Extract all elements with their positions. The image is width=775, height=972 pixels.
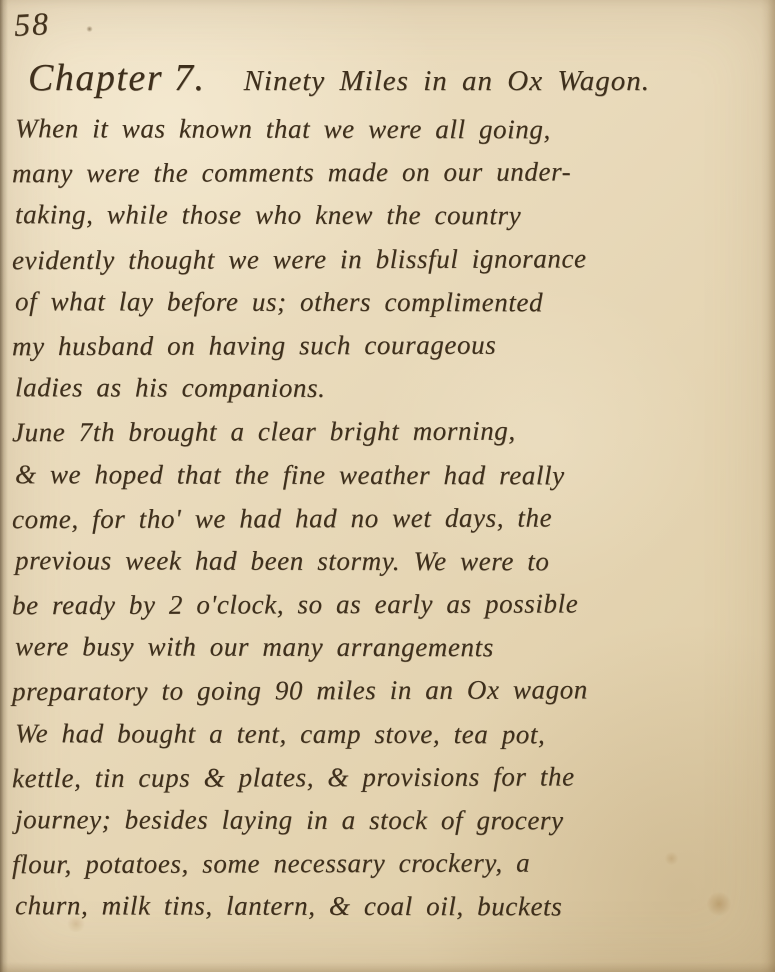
page-number: 58 (13, 5, 51, 44)
manuscript-line: When it was known that we were all going… (15, 107, 771, 152)
binding-edge-left (0, 0, 8, 972)
manuscript-line: come, for tho' we had had no wet days, t… (12, 495, 771, 541)
page-edge-bottom (0, 962, 775, 972)
manuscript-text: Chapter 7. Ninety Miles in an Ox Wagon. … (12, 48, 771, 929)
manuscript-line: were busy with our many arrangements (15, 625, 771, 670)
manuscript-line: June 7th brought a clear bright morning, (12, 409, 771, 455)
chapter-title: Ninety Miles in an Ox Wagon. (244, 65, 651, 97)
manuscript-photo: 58 Chapter 7. Ninety Miles in an Ox Wago… (0, 0, 775, 972)
manuscript-line: my husband on having such courageous (12, 323, 771, 369)
ink-speck (86, 26, 93, 32)
manuscript-line: ladies as his companions. (15, 366, 771, 411)
manuscript-line: We had bought a tent, camp stove, tea po… (15, 712, 771, 757)
manuscript-line: journey; besides laying in a stock of gr… (15, 798, 771, 843)
manuscript-line: & we hoped that the fine weather had rea… (15, 453, 771, 498)
manuscript-line: kettle, tin cups & plates, & provisions … (12, 755, 771, 801)
manuscript-line: flour, potatoes, some necessary crockery… (12, 841, 771, 887)
manuscript-line: of what lay before us; others compliment… (15, 280, 771, 325)
manuscript-line: preparatory to going 90 miles in an Ox w… (12, 668, 771, 714)
manuscript-line: evidently thought we were in blissful ig… (12, 236, 771, 282)
manuscript-line: taking, while those who knew the country (15, 194, 771, 239)
manuscript-page: 58 Chapter 7. Ninety Miles in an Ox Wago… (0, 0, 775, 972)
chapter-heading-row: Chapter 7. Ninety Miles in an Ox Wagon. (12, 48, 771, 108)
manuscript-line: be ready by 2 o'clock, so as early as po… (12, 582, 771, 628)
chapter-heading: Chapter 7. (28, 57, 206, 99)
manuscript-line: many were the comments made on our under… (12, 150, 771, 196)
manuscript-line: churn, milk tins, lantern, & coal oil, b… (15, 885, 771, 930)
manuscript-line: previous week had been stormy. We were t… (15, 539, 771, 584)
